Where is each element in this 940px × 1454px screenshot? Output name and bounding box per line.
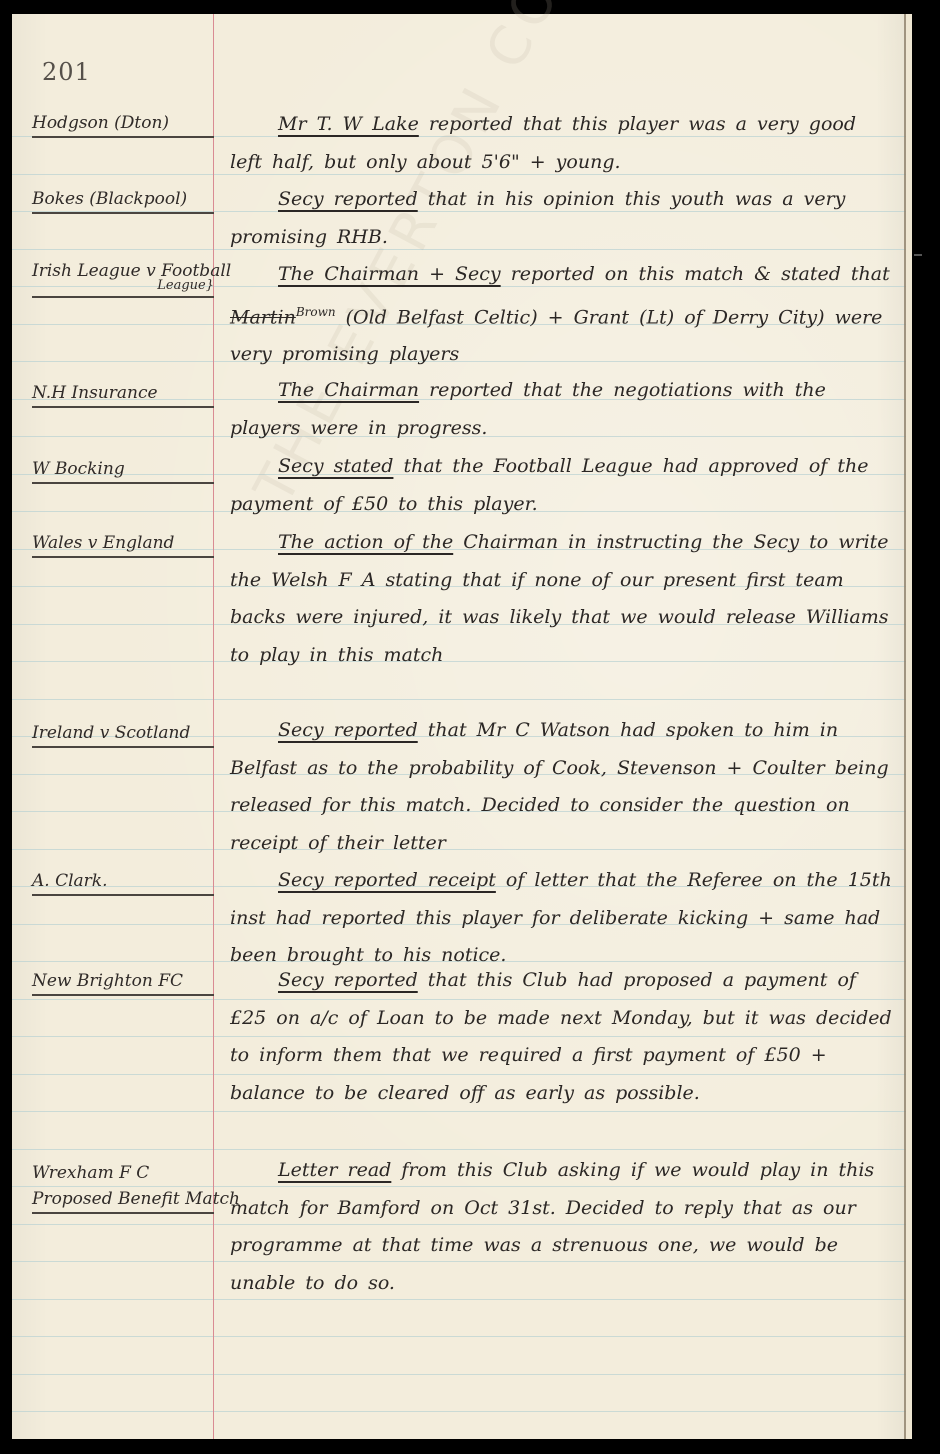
binding-gap <box>906 14 912 1439</box>
entry-label: N.H Insurance <box>32 384 214 408</box>
entry-label: Bokes (Blackpool) <box>32 190 214 214</box>
entry-lead: Secy stated <box>278 455 393 477</box>
entry-text: Secy reported that Mr C Watson had spoke… <box>230 712 895 862</box>
binding-edge <box>904 14 906 1439</box>
ruled-line <box>12 699 912 700</box>
entry-lead: Secy reported receipt <box>278 869 496 891</box>
entry-lead: Mr T. W Lake <box>278 113 419 135</box>
ruled-line <box>12 1336 912 1337</box>
entry-label: New Brighton FC <box>32 972 214 996</box>
entry-label-line2: Proposed Benefit Match <box>32 1190 214 1214</box>
page-tick-mark <box>914 254 922 256</box>
inserted-word: Brown <box>296 305 336 319</box>
struck-word: Martin <box>230 306 296 328</box>
page-number: 201 <box>42 58 91 86</box>
entry-text: The Chairman reported that the negotiati… <box>230 372 895 447</box>
entry-lead: The Chairman + Secy <box>278 263 501 285</box>
ruled-line <box>12 1411 912 1412</box>
entry-text: Secy reported that in his opinion this y… <box>230 181 895 256</box>
entry-label: Hodgson (Dton) <box>32 114 214 138</box>
entry-text: Mr T. W Lake reported that this player w… <box>230 106 895 181</box>
entry-label: Wales v England <box>32 534 214 558</box>
ledger-page: THE EVERTON COLLECTION 201 Hodgson (Dton… <box>12 14 912 1439</box>
ruled-line <box>12 1149 912 1150</box>
entry-label: W Bocking <box>32 460 214 484</box>
entry-label: A. Clark. <box>32 872 214 896</box>
ruled-line <box>12 1374 912 1375</box>
entry-text: Letter read from this Club asking if we … <box>230 1152 895 1302</box>
entry-text: The Chairman + Secy reported on this mat… <box>230 256 895 374</box>
entry-body-before: reported on this match & stated that <box>501 263 890 285</box>
entry-text: Secy stated that the Football League had… <box>230 448 895 523</box>
entry-label: Ireland v Scotland <box>32 724 214 748</box>
entry-lead: The action of the <box>278 531 453 553</box>
entry-label: Wrexham F C <box>32 1164 214 1186</box>
entry-lead: Secy reported <box>278 969 418 991</box>
entry-lead: Secy reported <box>278 188 418 210</box>
entry-label: Irish League v Football League} <box>32 262 214 298</box>
entry-lead: Letter read <box>278 1159 391 1181</box>
entry-lead: Secy reported <box>278 719 418 741</box>
entry-lead: The Chairman <box>278 379 419 401</box>
entry-label-sub: League} <box>32 280 214 292</box>
entry-text: Secy reported that this Club had propose… <box>230 962 895 1112</box>
entry-text: Secy reported receipt of letter that the… <box>230 862 895 975</box>
entry-text: The action of the Chairman in instructin… <box>230 524 895 674</box>
